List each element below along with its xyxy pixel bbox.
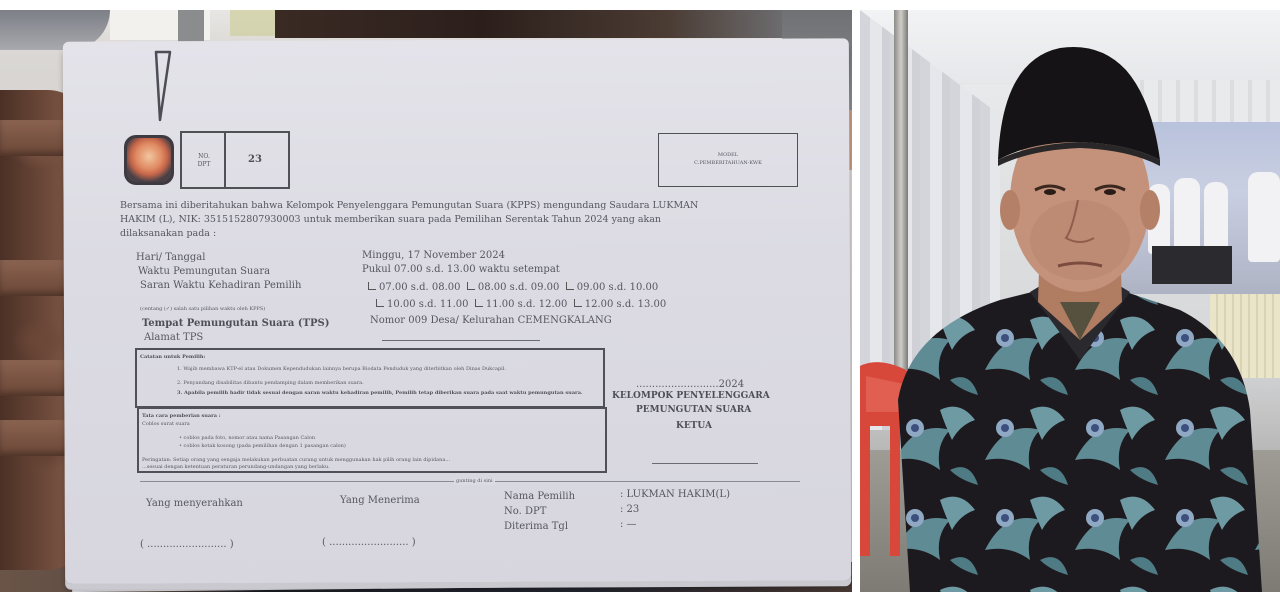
field-label-tps-address: Alamat TPS: [144, 331, 203, 344]
divider: [224, 133, 226, 187]
sign-role: KETUA: [676, 420, 712, 433]
note-2: 2. Penyandang disabilitas dibantu pendam…: [177, 380, 364, 387]
intro-line-1: Bersama ini diberitahukan bahwa Kelompok…: [120, 199, 698, 212]
receipt-giver-signature: ( ......................... ): [140, 538, 234, 551]
checkbox-icon[interactable]: [376, 299, 384, 307]
field-value-date: Minggu, 17 November 2024: [362, 249, 505, 262]
field-label-checkbox-note: (centang (✓) salah satu pilihan waktu ol…: [140, 306, 265, 313]
man-portrait: [890, 40, 1270, 592]
howto-item-1: • coblos pada foto, nomor atau nama Pasa…: [179, 435, 315, 442]
field-label-suggested-time: Saran Waktu Kehadiran Pemilih: [140, 279, 301, 292]
notes-box: Catatan untuk Pemilih: 1. Wajib membawa …: [135, 348, 605, 408]
time-slot: 10.00 s.d. 11.00: [387, 299, 469, 310]
address-blank-line: [382, 340, 540, 341]
notes-title: Catatan untuk Pemilih:: [140, 354, 205, 361]
background-person: [275, 10, 795, 38]
model-label: MODEL: [659, 152, 797, 159]
receipt-dpt-value: : 23: [620, 503, 639, 516]
receipt-received-date-label: Diterima Tgl: [504, 520, 568, 533]
warning-line-2: ...sesuai dengan ketentuan peraturan per…: [142, 464, 330, 471]
receipt-voter-name-label: Nama Pemilih: [504, 490, 575, 503]
paper-clip-icon: [150, 46, 176, 126]
checkbox-icon[interactable]: [368, 282, 376, 290]
intro-line-3: dilaksanakan pada :: [120, 227, 216, 240]
sign-org-line-1: KELOMPOK PENYELENGGARA: [612, 390, 770, 403]
sign-org-line-2: PEMUNGUTAN SUARA: [636, 404, 751, 417]
receipt-giver-label: Yang menyerahkan: [146, 497, 243, 510]
note-1: 1. Wajib membawa KTP-el atau Dokumen Kep…: [177, 366, 506, 373]
note-3: 3. Apabila pemilih hadir tidak sesuai de…: [177, 390, 583, 397]
time-slot: 12.00 s.d. 13.00: [585, 299, 667, 310]
field-label-voting-time: Waktu Pemungutan Suara: [138, 265, 270, 278]
portrait-photo: [860, 10, 1280, 592]
time-slot: 11.00 s.d. 12.00: [486, 299, 568, 310]
time-slot: 09.00 s.d. 10.00: [577, 282, 659, 293]
model-value: C.PEMBERITAHUAN-KWK: [659, 160, 797, 167]
receipt-voter-name-value: : LUKMAN HAKIM(L): [620, 488, 730, 501]
howto-title: Tata cara pemberian suara :: [142, 413, 221, 420]
receipt-dpt-label: No. DPT: [504, 505, 546, 518]
field-label-tps: Tempat Pemungutan Suara (TPS): [142, 317, 330, 330]
receipt-receiver-label: Yang Menerima: [340, 494, 420, 507]
field-value-voting-time: Pukul 07.00 s.d. 13.00 waktu setempat: [362, 263, 560, 276]
receipt-receiver-signature: ( ......................... ): [322, 536, 416, 549]
model-box: MODEL C.PEMBERITAHUAN-KWK: [658, 133, 798, 187]
intro-line-2: HAKIM (L), NIK: 3515152807930003 untuk m…: [120, 213, 661, 226]
dpt-number-box: NO. DPT 23: [180, 131, 290, 189]
field-value-tps: Nomor 009 Desa/ Kelurahan CEMENGKALANG: [370, 314, 612, 327]
cut-label: gunting di sini: [454, 478, 495, 485]
time-slot: 07.00 s.d. 08.00: [379, 282, 461, 293]
checkbox-icon[interactable]: [475, 299, 483, 307]
time-slots-row-2: 10.00 s.d. 11.00 11.00 s.d. 12.00 12.00 …: [376, 298, 666, 311]
signature-line: [652, 463, 758, 464]
time-slots-row-1: 07.00 s.d. 08.00 08.00 s.d. 09.00 09.00 …: [368, 281, 658, 294]
checkbox-icon[interactable]: [574, 299, 582, 307]
howto-subtitle: Coblos surat suara: [142, 421, 190, 428]
dpt-value: 23: [248, 153, 262, 166]
kpu-logo: [124, 135, 174, 185]
dpt-label: NO. DPT: [192, 153, 216, 169]
time-slot: 08.00 s.d. 09.00: [478, 282, 560, 293]
receipt-received-date-value: : —: [620, 518, 637, 531]
howto-box: Tata cara pemberian suara : Coblos surat…: [137, 407, 607, 473]
field-label-date: Hari/ Tanggal: [136, 251, 205, 264]
warning-line-1: Peringatan: Setiap orang yang sengaja me…: [142, 457, 450, 464]
checkbox-icon[interactable]: [467, 282, 475, 290]
howto-item-2: • coblos kotak kosong (pada pemilihan de…: [179, 443, 346, 450]
checkbox-icon[interactable]: [566, 282, 574, 290]
